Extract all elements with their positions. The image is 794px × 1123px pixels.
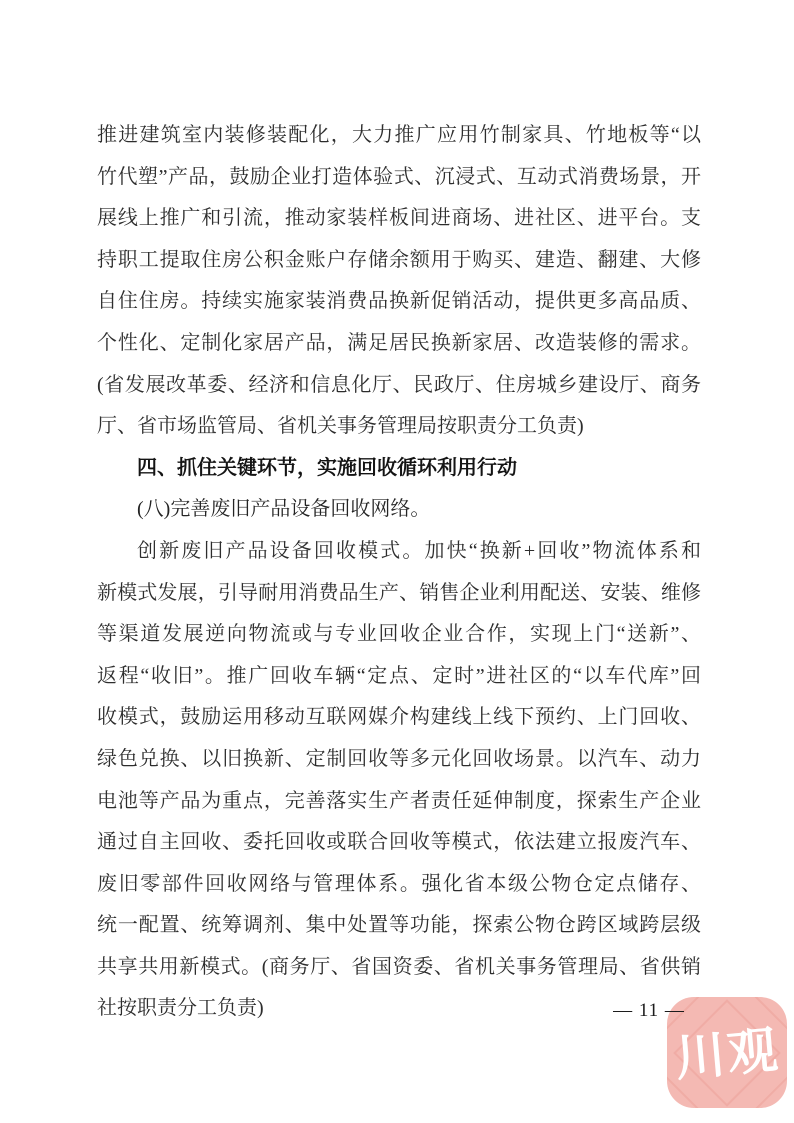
document-body: 推进建筑室内装修装配化，大力推广应用竹制家具、竹地板等“以竹代塑”产品，鼓励企业… bbox=[97, 115, 701, 1030]
body-line: 个性化、定制化家居产品，满足居民换新家居、改造装修的需求。 bbox=[97, 323, 701, 365]
body-line: 厅、省市场监管局、省机关事务管理局按职责分工负责) bbox=[97, 406, 701, 448]
body-line: 等渠道发展逆向物流或与专业回收企业合作，实现上门“送新”、 bbox=[97, 614, 701, 656]
body-line: 通过自主回收、委托回收或联合回收等模式，依法建立报废汽车、 bbox=[97, 822, 701, 864]
body-line: 新模式发展，引导耐用消费品生产、销售企业利用配送、安装、维修 bbox=[97, 573, 701, 615]
body-line: 共享共用新模式。(商务厅、省国资委、省机关事务管理局、省供销 bbox=[97, 947, 701, 989]
body-line: 废旧零部件回收网络与管理体系。强化省本级公物仓定点储存、 bbox=[97, 864, 701, 906]
body-line: 创新废旧产品设备回收模式。加快“换新+回收”物流体系和 bbox=[97, 531, 701, 573]
body-line: 自住住房。持续实施家装消费品换新促销活动，提供更多高品质、 bbox=[97, 281, 701, 323]
subheading-line: (八)完善废旧产品设备回收网络。 bbox=[97, 489, 701, 531]
body-line: 竹代塑”产品，鼓励企业打造体验式、沉浸式、互动式消费场景，开 bbox=[97, 157, 701, 199]
body-line: 推进建筑室内装修装配化，大力推广应用竹制家具、竹地板等“以 bbox=[97, 115, 701, 157]
page-number: — 11 — bbox=[596, 998, 702, 1024]
body-line: 持职工提取住房公积金账户存储余额用于购买、建造、翻建、大修 bbox=[97, 240, 701, 282]
body-line: 统一配置、统筹调剂、集中处置等功能，探索公物仓跨区域跨层级 bbox=[97, 905, 701, 947]
body-line: (省发展改革委、经济和信息化厅、民政厅、住房城乡建设厅、商务 bbox=[97, 365, 701, 407]
document-page: 推进建筑室内装修装配化，大力推广应用竹制家具、竹地板等“以竹代塑”产品，鼓励企业… bbox=[0, 0, 794, 1123]
body-line: 绿色兑换、以旧换新、定制回收等多元化回收场景。以汽车、动力 bbox=[97, 739, 701, 781]
heading-line: 四、抓住关键环节，实施回收循环利用行动 bbox=[97, 448, 701, 490]
body-line: 收模式，鼓励运用移动互联网媒介构建线上线下预约、上门回收、 bbox=[97, 697, 701, 739]
body-line: 电池等产品为重点，完善落实生产者责任延伸制度，探索生产企业 bbox=[97, 781, 701, 823]
body-line: 返程“收旧”。推广回收车辆“定点、定时”进社区的“以车代库”回 bbox=[97, 656, 701, 698]
body-line: 展线上推广和引流，推动家装样板间进商场、进社区、进平台。支 bbox=[97, 198, 701, 240]
